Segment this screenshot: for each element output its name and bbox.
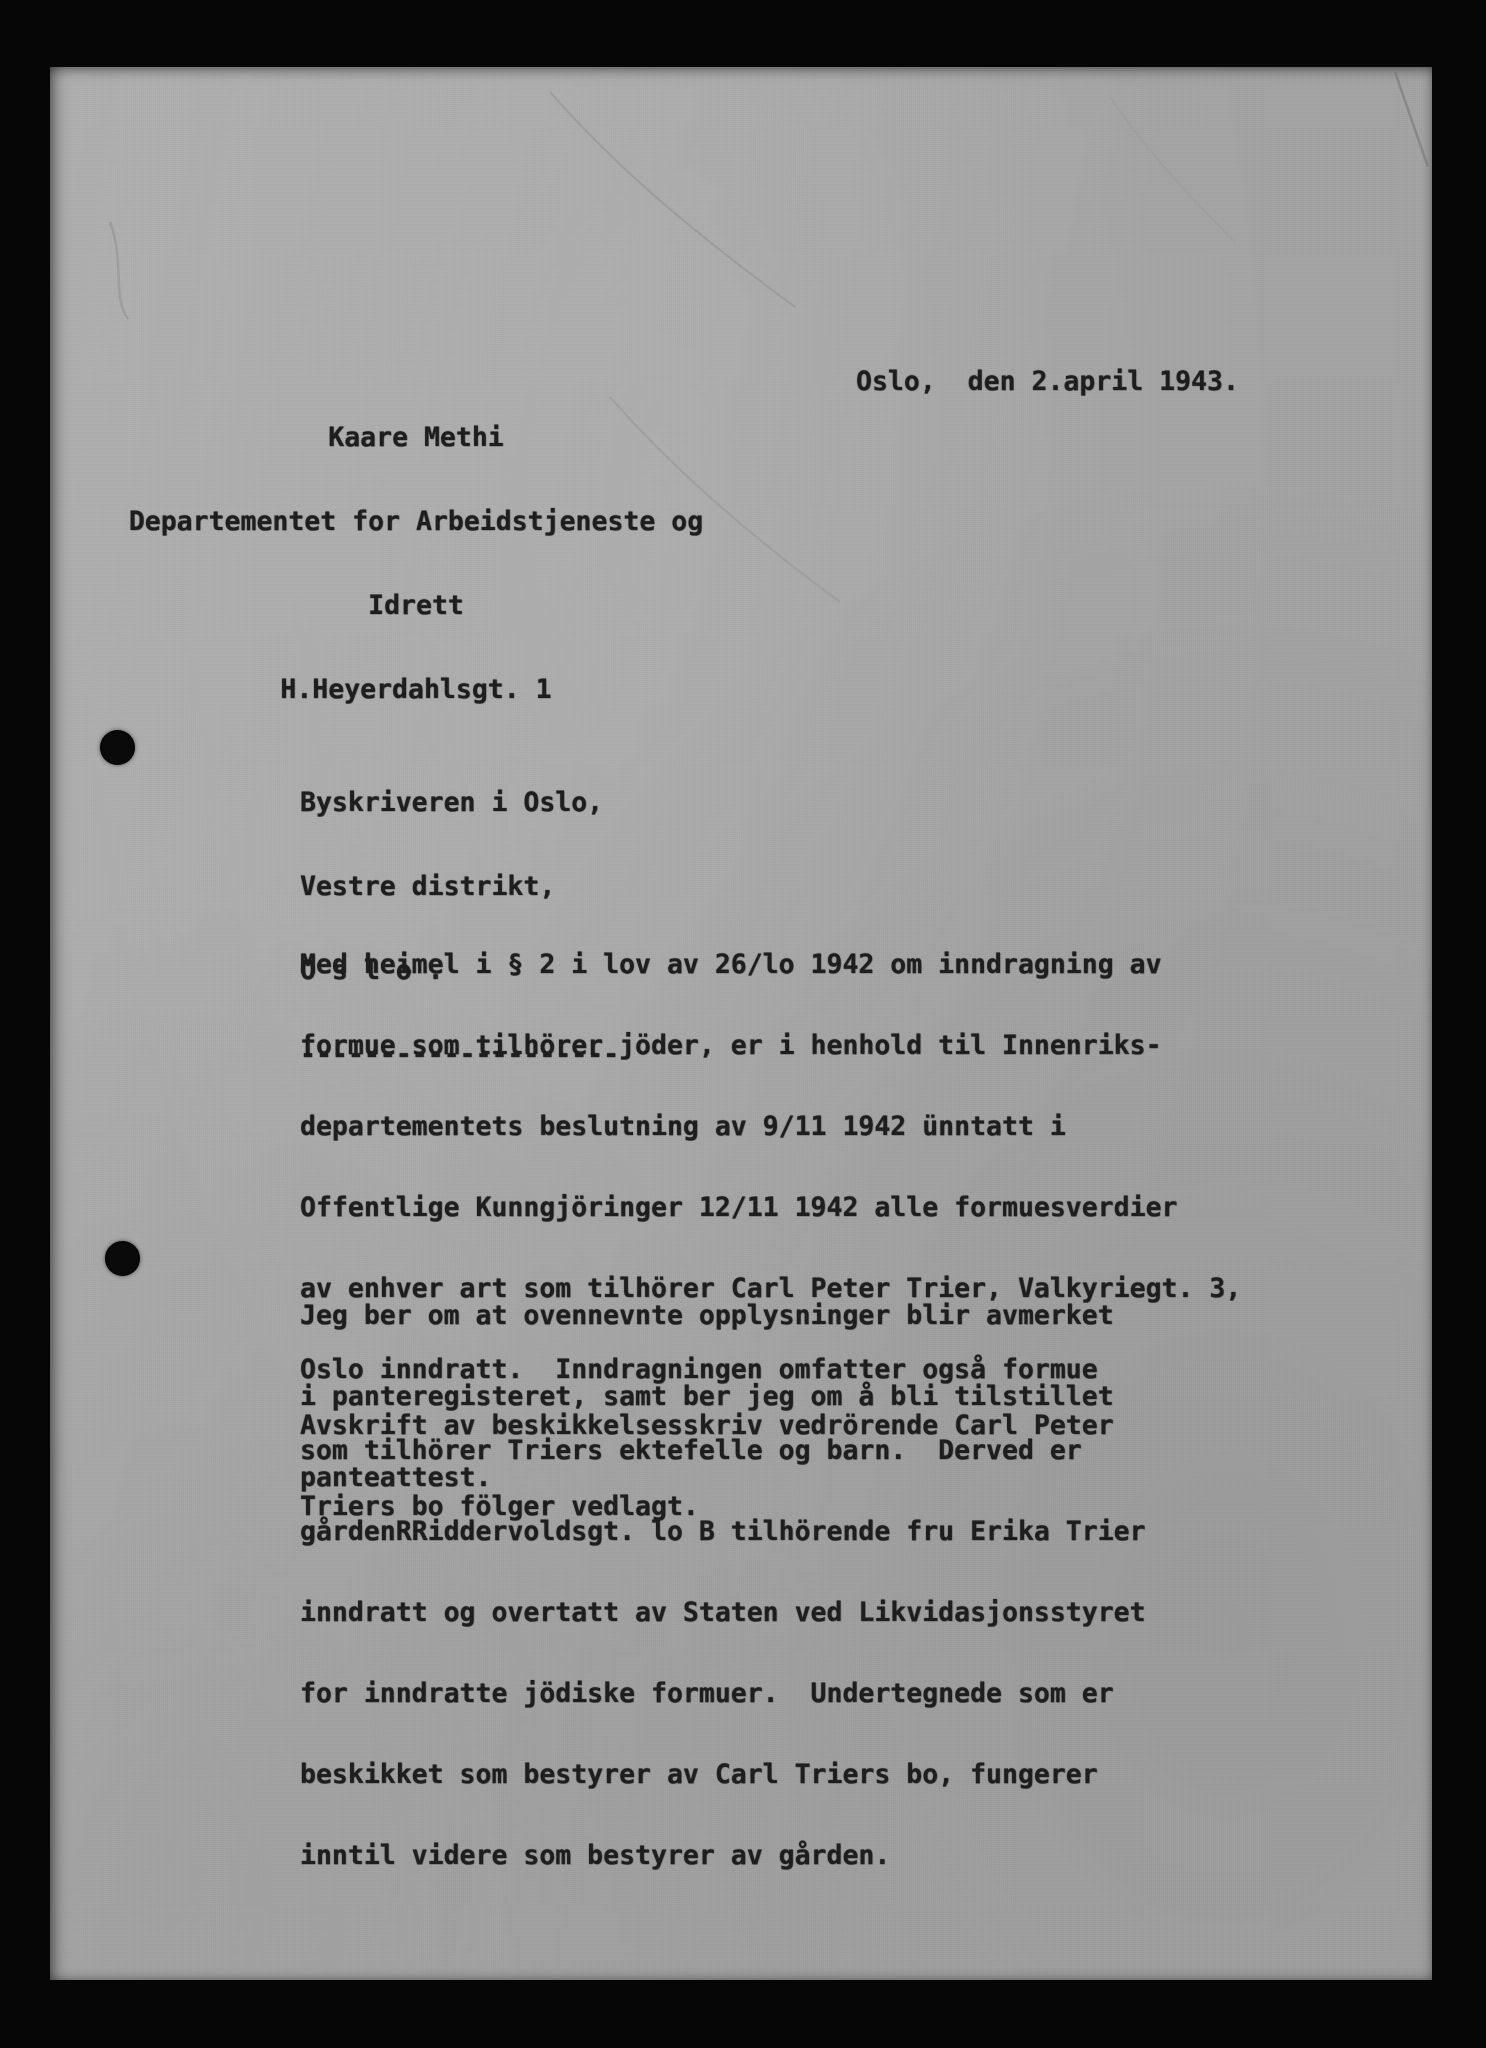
text-line: Jeg ber om at ovennevnte opplysninger bl… [300,1302,1114,1329]
sender-name-line: Kaare Methi [120,424,712,452]
text-line: Avskrift av beskikkelsesskriv vedrörende… [300,1412,1114,1439]
sender-street-line: H.Heyerdahlsgt. 1 [120,676,712,704]
text-line: Triers bo fölger vedlagt. [300,1493,1114,1520]
text-line: departementets beslutning av 9/11 1942 ü… [300,1113,1241,1140]
recipient-line: Byskriveren i Oslo, [300,789,619,817]
sender-department-line-2: Idrett [120,592,712,620]
hole-punch-mark-bottom [105,1241,140,1276]
sender-department-line: Departementet for Arbeidstjeneste og [120,508,712,536]
dateline: Oslo, den 2.april 1943. [856,368,1239,395]
text-line: for inndratte jödiske formuer. Undertegn… [300,1680,1241,1707]
text-line: inndratt og overtatt av Staten ved Likvi… [300,1599,1241,1626]
text-line: inntil videre som bestyrer av gården. [300,1842,1241,1869]
text-line: Offentlige Kunngjöringer 12/11 1942 alle… [300,1194,1241,1221]
sender-address-block: Kaare Methi Departementet for Arbeidstje… [120,368,712,760]
scanned-document-background: { "document_type": "scanned typewritten … [0,0,1486,2048]
text-line: formue som tilhörer jöder, er i henhold … [300,1032,1241,1059]
text-line: Med heimel i § 2 i lov av 26/lo 1942 om … [300,951,1241,978]
text-line: beskikket som bestyrer av Carl Triers bo… [300,1761,1241,1788]
letter-page: Kaare Methi Departementet for Arbeidstje… [50,67,1432,1980]
body-paragraph-3: Avskrift av beskikkelsesskriv vedrörende… [300,1358,1114,1574]
